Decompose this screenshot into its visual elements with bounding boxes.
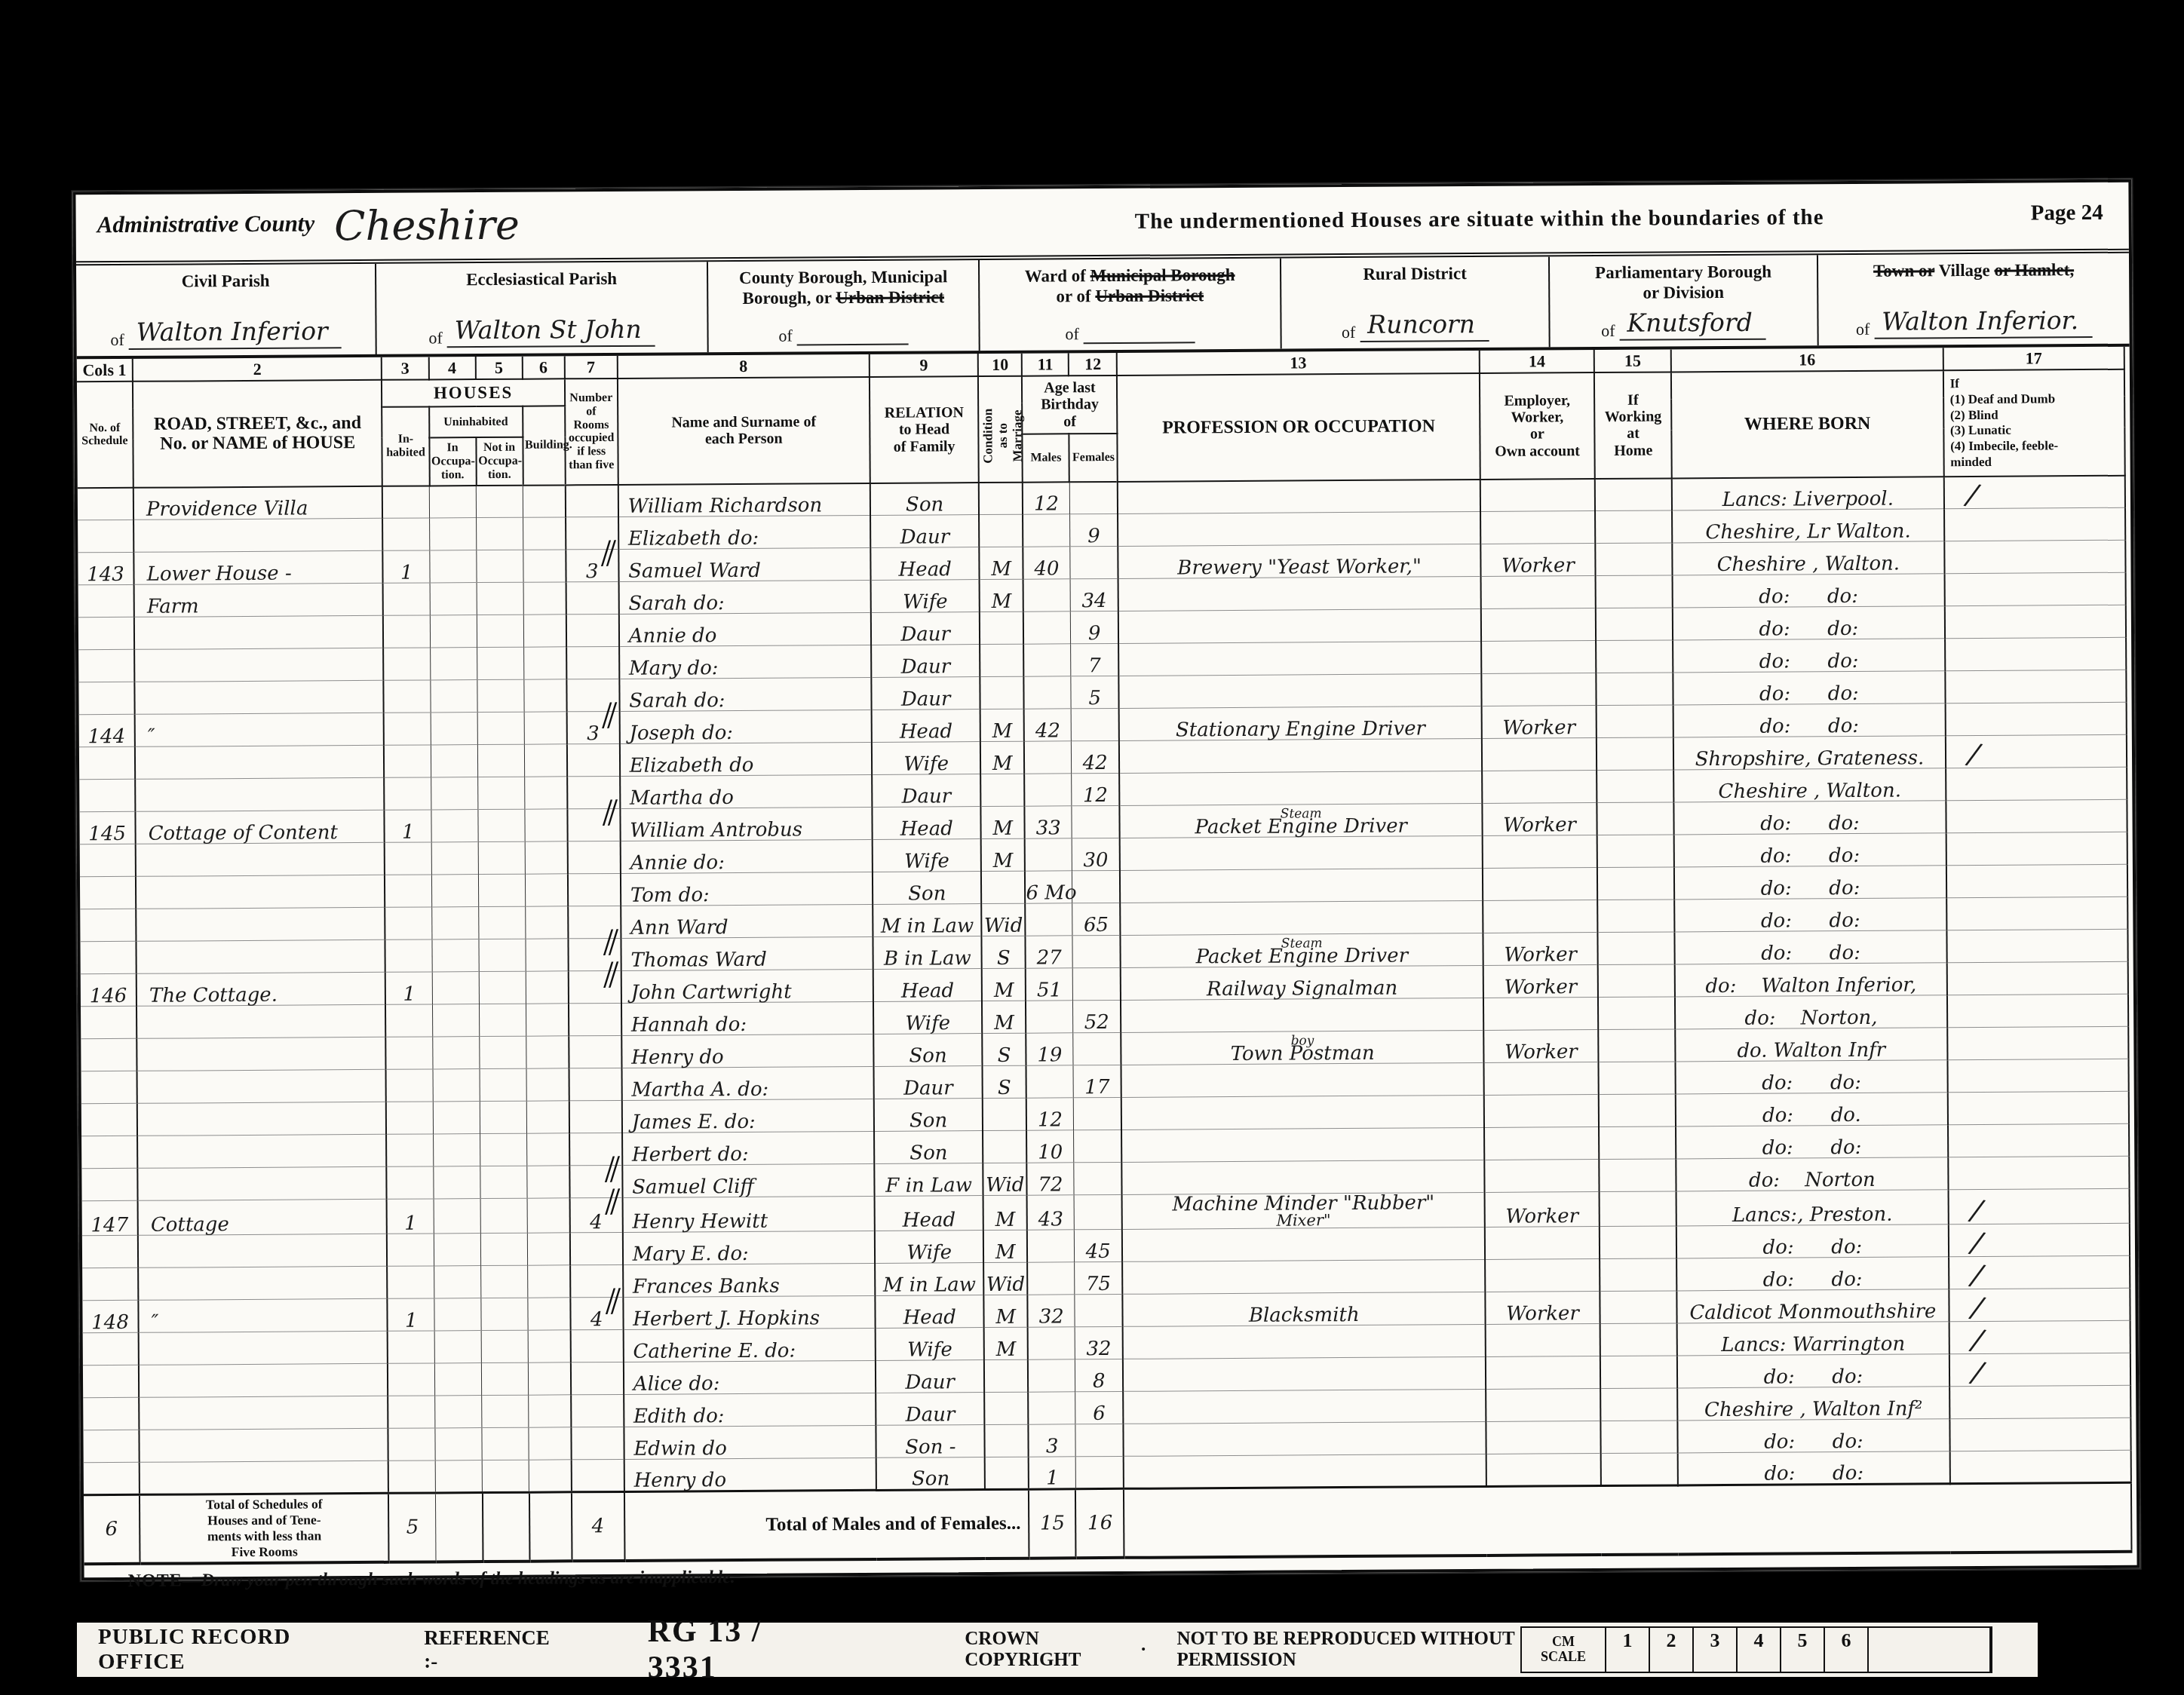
cell-occ: Brewery "Yeast Worker," [1118,544,1481,579]
cell-s [83,1398,139,1430]
cell-inf [1949,1418,2131,1451]
cell-name: Catherine E. do: [623,1329,876,1362]
cell-c: M [981,807,1025,839]
cell-rel: Daur [872,774,980,808]
cell-f [1074,1195,1122,1230]
cell-bld [523,615,566,647]
cell-io [431,680,477,713]
cell-inh: 1 [385,810,431,842]
cell-home [1600,1388,1677,1421]
cell-c: M [982,969,1026,1001]
cell-emp [1480,511,1595,544]
cell-occ [1121,1096,1484,1130]
cell-rm [571,1427,624,1460]
header-not-in-occupation: Not in Occupa- tion. [476,437,523,486]
cell-occ [1119,674,1482,709]
cell-io [431,777,478,810]
cell-born: do: do: [1676,1060,1948,1094]
cell-no [477,680,524,713]
cell-s [78,682,134,715]
cell-no [479,907,526,939]
cell-io [434,1134,480,1166]
cell-rd [138,1234,388,1268]
column-number: 14 [1480,350,1594,373]
cell-occ [1118,480,1480,514]
district-label: Rural District [1363,263,1466,284]
cell-born: do: do: [1673,639,1945,673]
cell-rel: M in Law [873,904,981,937]
cell-m [1024,676,1071,709]
header-name: Name and Surname of each Person [618,377,870,485]
cell-emp [1480,479,1595,512]
cell-name: Martha A. do: [621,1067,874,1101]
cell-io [432,972,479,1004]
cell-m: 10 [1026,1130,1073,1163]
cell-born: do: do: [1674,898,1946,932]
cell-rd [136,843,385,877]
cell-inh: 1 [383,550,430,583]
cell-inf: ∕ [1949,1256,2130,1289]
cell-f: 30 [1072,838,1120,871]
cell-emp [1481,576,1596,609]
cell-home [1598,997,1675,1030]
cell-rd [137,1167,387,1201]
cell-name: Mary do: [619,645,872,679]
header-infirmities: If (1) Deaf and Dumb (2) Blind (3) Lunat… [1943,369,2125,477]
cell-s [84,1463,140,1495]
cell-bld [525,809,567,841]
cell-name: William Antrobus [620,808,873,841]
cell-no [482,1460,529,1492]
census-table: Cols 1234567891011121314151617 No. of Sc… [77,347,2133,1566]
cell-c: M [984,1327,1028,1359]
cell-c [980,774,1024,807]
cell-rd [134,616,384,650]
cell-inh [388,1331,434,1363]
totals-males-females-label: Total of Males and of Females... [624,1489,1029,1561]
cell-s [81,1169,137,1201]
cell-io [430,583,477,615]
cell-inh [386,1134,433,1166]
scale-cell: 6 [1825,1628,1869,1672]
district-box: Parliamentary Borough or DivisionofKnuts… [1550,255,1819,347]
cell-occ: SteamPacket Engine Driver [1121,933,1483,968]
cell-c: Wid [983,1163,1027,1196]
scale-end-cell [1869,1628,1991,1672]
cell-s [80,844,136,877]
column-number: 4 [428,357,475,379]
cell-rel: F in Law [874,1163,983,1197]
cell-m: 3 [1029,1424,1075,1457]
cell-s: 146 [81,974,136,1007]
column-number: 2 [133,357,382,382]
header-employer: Employer, Worker, or Own account [1480,372,1595,480]
totals-label: Total of Schedules of Houses and of Tene… [140,1494,389,1565]
cell-io [431,745,477,777]
cell-m: 12 [1026,1098,1073,1130]
cell-s [83,1333,139,1366]
cell-f: 42 [1071,741,1119,774]
cell-inf [1944,573,2126,606]
cell-no [480,1102,526,1134]
cell-emp: Worker [1483,965,1598,998]
cell-name: Hannah do: [621,1002,874,1036]
cell-rd [140,1461,389,1495]
cell-bld [527,1198,569,1233]
cell-rd [137,1102,387,1136]
cell-no [477,518,523,550]
cell-inf [1945,638,2127,671]
cell-rm [566,647,619,679]
cell-born: do: Norton [1676,1157,1948,1191]
cell-name: Herbert J. Hopkins [623,1296,876,1330]
cell-bld [524,647,566,679]
scale-cell: 3 [1694,1628,1738,1672]
cell-emp [1484,1127,1599,1160]
tick-mark: ∕ [1971,1298,1983,1317]
cell-inh: 1 [388,1298,434,1331]
cell-c: S [983,1066,1026,1099]
cell-c [979,483,1023,515]
cell-rel: Head [873,969,982,1002]
cell-bld [527,1133,569,1166]
cell-bld [526,1004,569,1036]
cell-inh [388,1363,434,1396]
cell-io [431,648,477,680]
cell-bld [528,1330,570,1362]
cell-rel: Daur [876,1360,984,1393]
cell-io [432,939,479,972]
cell-no [479,972,526,1004]
cell-inf [1947,1059,2129,1093]
cell-inh [386,1102,433,1134]
cell-inf [1946,897,2128,930]
cell-born: Cheshire, Lr Walton. [1672,509,1944,543]
cell-no [481,1265,528,1298]
cell-bld [528,1298,570,1330]
cell-home [1599,1159,1676,1192]
cell-bld [526,1036,569,1068]
cell-m: 51 [1026,968,1072,1001]
cell-m: 1 [1029,1457,1075,1489]
cell-f [1073,1130,1121,1163]
cell-born: do: do: [1676,1125,1948,1159]
cell-name: Elizabeth do [620,743,873,777]
cell-f [1072,871,1120,903]
cell-io [432,1004,479,1037]
cell-rm [568,874,621,906]
cell-f [1074,1163,1122,1195]
cell-born: do: do: [1678,1451,1950,1485]
cell-no [477,615,523,648]
cell-home [1596,640,1673,673]
cell-born: do: Walton Inferior, [1675,963,1947,997]
cell-rm [566,615,619,647]
cell-bld [527,1166,569,1198]
cell-home [1596,608,1673,641]
cell-no [481,1298,528,1330]
header-females: Females [1069,434,1118,482]
tick-mark: ∕ [1971,1234,1983,1252]
cell-emp: Worker [1484,1192,1599,1228]
cell-name: Tom do: [621,872,873,906]
column-number: 7 [564,356,617,379]
cell-io [434,1166,480,1199]
cell-rd: ″ [135,713,385,747]
cell-rd: Lower House - [133,551,383,585]
cell-name: Elizabeth do: [618,516,871,550]
cell-s [81,1071,137,1104]
cell-inh [387,1234,434,1266]
header-profession: PROFESSION OR OCCUPATION [1117,373,1480,482]
cell-c: S [982,1034,1026,1066]
cell-occ [1118,512,1480,547]
cell-rel: Daur [871,677,980,710]
cell-occ [1120,836,1483,871]
cell-m [1023,514,1069,547]
cell-born: do: do: [1673,606,1945,640]
reference-number: RG 13 / 3331 [648,1614,792,1686]
cell-s [83,1430,139,1463]
cell-io [435,1461,482,1493]
cell-bld [523,582,566,615]
cell-occ [1119,642,1482,676]
cell-born: do: do: [1674,866,1946,900]
cell-home [1595,543,1672,576]
cell-rd [139,1332,388,1366]
cell-inf [1946,930,2128,963]
cell-bld [526,874,568,906]
cell-no [480,1004,526,1037]
cell-c: M [980,742,1024,774]
cell-occ [1121,998,1483,1033]
cell-name: Edith do: [624,1393,876,1427]
column-number: 16 [1671,348,1943,372]
cell-rm [571,1460,624,1492]
cell-io [429,486,476,518]
column-number: 17 [1943,347,2124,370]
cell-occ: SteamPacket Engine Driver [1120,804,1483,838]
cell-rel: Son [876,1457,985,1491]
cell-inh [382,486,429,518]
cell-rd [134,681,384,715]
cell-c [983,1099,1026,1131]
column-number: 11 [1022,353,1069,375]
page-number: Page 24 [2031,201,2103,226]
cell-emp [1485,1259,1600,1292]
cell-inf: ∕ [1948,1189,2130,1225]
cell-born: do: do: [1673,671,1946,705]
cell-c [980,612,1023,645]
cell-f: 52 [1072,1001,1121,1033]
cell-f: 75 [1074,1262,1122,1295]
header-home: If Working at Home [1594,372,1672,479]
cell-bld [529,1395,571,1427]
cell-home [1600,1191,1676,1227]
header-males: Males [1023,434,1069,482]
cell-f: 17 [1073,1065,1121,1098]
cell-bld [526,906,568,939]
cell-io [433,1037,480,1069]
cell-home [1598,964,1675,998]
cell-rd: The Cottage. [136,973,386,1007]
cell-inh [384,745,431,777]
cell-no [480,1037,526,1069]
cell-inf [1946,832,2127,866]
cell-rd [136,1005,386,1039]
cell-m: 6 Mo [1025,871,1072,903]
cell-inf [1946,800,2127,833]
cell-io [434,1363,481,1396]
district-box: Ecclesiastical ParishofWalton St John [376,262,709,354]
cell-name: Martha do [620,775,873,809]
cell-home [1597,802,1673,835]
cell-inh [383,615,430,648]
cell-emp [1483,1062,1598,1096]
cell-inf [1949,1450,2131,1483]
cell-home [1599,1062,1676,1095]
cell-m: 72 [1027,1163,1074,1195]
cell-io [434,1331,481,1363]
column-number: 13 [1117,351,1480,375]
cell-rel: M in Law [875,1263,983,1296]
cell-rel: Wife [871,580,980,613]
cell-f: 45 [1074,1230,1122,1262]
header-rooms: Number of Rooms occupied if less than fi… [565,379,618,485]
cell-home [1601,1453,1678,1486]
cell-occ [1120,869,1483,903]
cell-rd [135,778,385,812]
tick-mark: ∕ [1968,745,1980,764]
cell-f [1071,709,1119,741]
totals-rooms: 4 [572,1492,625,1562]
cell-inf [1947,995,2129,1028]
district-box: Rural DistrictofRuncorn [1281,256,1551,348]
cell-born: do: do: [1678,1419,1950,1453]
cell-bld [526,971,568,1004]
cell-rel: Daur [870,515,979,548]
cell-bld [523,550,566,582]
cell-inf [1944,541,2126,574]
cm-scale-ruler: CM SCALE 123456 [1520,1626,1992,1673]
cell-m [1023,611,1070,644]
cell-io [430,615,477,648]
district-label: Ecclesiastical Parish [466,268,617,290]
cell-bld [524,679,566,712]
cell-rd [138,1267,388,1301]
cell-io [434,1234,480,1266]
cell-inf [1944,605,2126,639]
cell-emp [1486,1454,1601,1487]
cell-no [479,939,526,972]
cell-no [476,486,523,518]
cell-occ [1124,1390,1486,1424]
cell-home [1599,1094,1676,1127]
column-number: 15 [1594,349,1671,372]
cell-c [980,645,1023,677]
column-number: 8 [617,354,870,379]
cell-rel: Wife [876,1328,984,1361]
cell-name: Mary E. do: [623,1231,876,1265]
cell-emp [1483,998,1598,1031]
cell-occ [1122,1160,1485,1195]
cell-s: 144 [79,715,135,747]
scale-cell: 4 [1738,1628,1781,1672]
cell-name: Herbert do: [622,1132,875,1166]
cell-inh [386,1069,433,1102]
district-box: Town or Village or Hamlet,ofWalton Infer… [1818,253,2130,346]
cell-bld [525,777,567,809]
cell-m [1023,579,1070,611]
census-scan-page: { "page": {"label": "Page", "number": "2… [0,0,2184,1695]
header-age: Age last Birthday of [1022,375,1118,434]
cell-no [478,842,525,875]
cell-emp [1481,673,1596,707]
cell-inf [1945,670,2127,703]
cell-name: Henry do [624,1458,876,1492]
cell-io [433,1102,480,1134]
cell-occ [1121,1063,1484,1098]
cell-inf [1947,1092,2129,1125]
cell-home [1597,867,1674,900]
cell-f: 65 [1072,903,1121,936]
cell-s [80,909,136,942]
cell-f [1072,936,1121,968]
cell-c: Wid [981,904,1025,936]
cell-bld [529,1460,571,1492]
cell-home [1600,1356,1677,1389]
cell-home [1597,835,1674,868]
cell-c: M [981,839,1025,872]
cell-occ [1124,1422,1486,1457]
cell-rd: Cottage [138,1200,388,1236]
header-building: Building. [523,406,566,485]
cell-io [435,1396,482,1428]
cell-inh [382,518,429,550]
district-value: of [778,326,908,346]
header-born: WHERE BORN [1671,370,1943,478]
cell-io [433,1069,480,1102]
cell-rm [567,841,620,874]
cell-io [435,1428,482,1461]
cell-bld [527,1233,569,1265]
cell-c: M [980,547,1023,580]
cell-rm [571,1395,624,1427]
cell-emp [1481,608,1596,642]
cell-f: 6 [1075,1392,1124,1424]
cell-inh [385,777,431,810]
cell-occ: Railway Signalman [1121,966,1483,1001]
cell-home [1600,1323,1677,1356]
cell-m [1023,644,1070,676]
cell-inh [388,1428,435,1461]
reference-label: REFERENCE :- [424,1626,550,1673]
cell-rel: Son [870,483,979,516]
cell-rel: Son [873,1034,982,1067]
tick-mark: ∕ [1971,1363,1983,1382]
cell-no [482,1427,529,1460]
cell-born: Shropshire, Grateness. [1673,736,1946,770]
cell-m [1027,1230,1074,1262]
cell-rd [133,519,383,553]
cell-home [1599,1126,1676,1160]
cell-rd [137,1070,387,1104]
district-label: Town or Village or Hamlet, [1873,259,2074,281]
cell-no [480,1233,527,1265]
cell-no [477,550,523,583]
cell-m [1028,1392,1075,1424]
district-label: Civil Parish [182,271,270,292]
